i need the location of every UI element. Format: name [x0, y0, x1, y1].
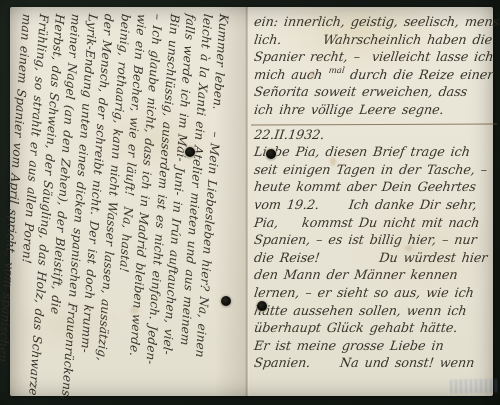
- handwritten-line: heute kommt aber Dein Geehrtes: [253, 179, 500, 197]
- handwritten-line: überhaupt Glück gehabt hätte.: [253, 320, 500, 338]
- handwritten-line: Er ist meine grosse Liebe in: [253, 338, 500, 356]
- inserted-word: mal: [328, 66, 345, 76]
- handwritten-line: Señorita soweit erweichen, dass: [253, 84, 500, 102]
- right-page-handwriting: ein: innerlich, geistig, seelisch, mensc…: [253, 14, 500, 373]
- handwritten-line: vom 19.2. Ich danke Dir sehr,: [253, 197, 500, 215]
- letter-paper: Kummer leben. – Mein Liebesleben hier? N…: [10, 7, 493, 396]
- handwritten-line: ich ihre völlige Leere segne.: [253, 102, 500, 120]
- page-fold-edge: [245, 7, 249, 396]
- punch-hole: [185, 147, 195, 157]
- section-separator: [253, 120, 500, 127]
- handwritten-line: den Mann der Männer kennen: [253, 267, 500, 285]
- line-text: durch die Reize einer: [343, 68, 494, 83]
- handwritten-line: hätte aussehen sollen, wenn ich: [253, 303, 500, 321]
- line-text: mich auch: [253, 68, 329, 83]
- handwritten-line: Spanier recht, – vielleicht lasse ich: [253, 49, 500, 67]
- handwritten-line: Pia, kommst Du nicht mit nach: [253, 215, 500, 233]
- handwritten-line: Spanien, – es ist billig hier, – nur: [253, 232, 500, 250]
- handwritten-line: Liebe Pia, diesen Brief trage ich: [253, 144, 500, 162]
- handwritten-line: ein: innerlich, geistig, seelisch, mensc…: [253, 14, 500, 32]
- punch-hole: [257, 301, 267, 311]
- ink-rule-line: [251, 123, 497, 125]
- handwritten-line: Spanien. Na und sonst! wenn: [253, 355, 500, 373]
- handwritten-line: lich. Wahrscheinlich haben die: [253, 32, 500, 50]
- handwritten-line-with-insertion: mich auch mal durch die Reize einer: [253, 67, 500, 85]
- letter-scan-image: Kummer leben. – Mein Liebesleben hier? N…: [0, 0, 500, 405]
- left-page-handwriting: Kummer leben. – Mein Liebesleben hier? N…: [0, 13, 232, 389]
- punch-hole: [266, 149, 276, 159]
- handwritten-line: die Reise! Du würdest hier: [253, 250, 500, 268]
- faded-stamp-mark: [450, 379, 498, 394]
- date-line: 22.II.1932.: [253, 127, 500, 145]
- punch-hole: [221, 296, 231, 306]
- handwritten-line: lernen, – er sieht so aus, wie ich: [253, 285, 500, 303]
- handwritten-line: seit einigen Tagen in der Tasche, –: [253, 162, 500, 180]
